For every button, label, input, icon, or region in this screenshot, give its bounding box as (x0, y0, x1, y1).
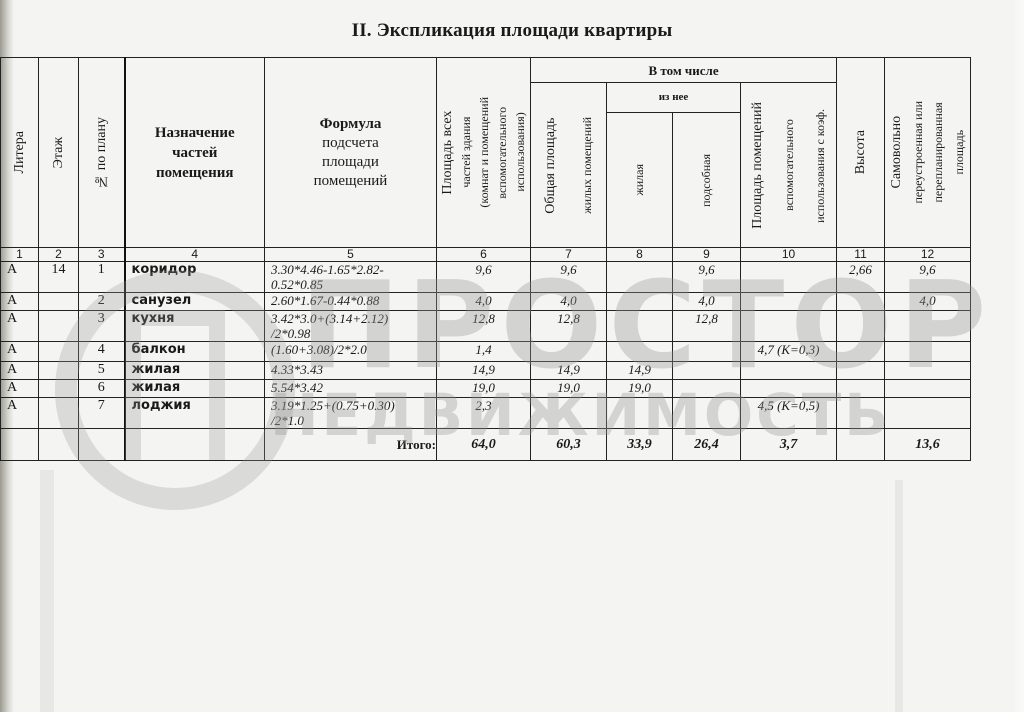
cell-c9 (673, 362, 741, 380)
cell-c10 (741, 262, 837, 293)
header-row: Литера Этаж № по плану Назначение частей… (1, 58, 971, 83)
cell-litera: А (1, 293, 39, 311)
cell-c8 (607, 311, 673, 342)
column-number: 5 (265, 248, 437, 262)
total-c8: 33,9 (607, 429, 673, 461)
cell-litera: А (1, 311, 39, 342)
cell-litera: А (1, 362, 39, 380)
column-number: 9 (673, 248, 741, 262)
total-c6: 64,0 (437, 429, 531, 461)
header-zhilaya: жилая (607, 113, 673, 248)
cell-c11 (837, 380, 885, 398)
column-number: 8 (607, 248, 673, 262)
cell-c10: 4,7 (К=0,3) (741, 342, 837, 362)
cell-litera: А (1, 398, 39, 429)
formula-line: 5.54*3.42 (271, 380, 436, 395)
cell-c8: 14,9 (607, 362, 673, 380)
cell-c12 (885, 362, 971, 380)
cell-c7 (531, 398, 607, 429)
cell-litera: А (1, 342, 39, 362)
cell-c11: 2,66 (837, 262, 885, 293)
cell-c7: 14,9 (531, 362, 607, 380)
formula-line: 3.19*1.25+(0.75+0.30) (271, 398, 436, 413)
cell-c9 (673, 398, 741, 429)
header-no-po-planu: № по плану (79, 58, 125, 248)
cell-c10: 4,5 (К=0,5) (741, 398, 837, 429)
header-v-tom-chisle: В том числе (531, 58, 837, 83)
formula-line: 0.52*0.85 (271, 277, 436, 292)
cell-etazh: 14 (39, 262, 79, 293)
formula-line: 3.42*3.0+(3.14+2.12) (271, 311, 436, 326)
cell-c9: 12,8 (673, 311, 741, 342)
cell-c10 (741, 293, 837, 311)
cell-c10 (741, 362, 837, 380)
total-c9: 26,4 (673, 429, 741, 461)
header-etazh: Этаж (39, 58, 79, 248)
total-c10: 3,7 (741, 429, 837, 461)
cell-c9: 9,6 (673, 262, 741, 293)
cell-c11 (837, 293, 885, 311)
column-number-row: 123456789101112 (1, 248, 971, 262)
cell-litera: А (1, 380, 39, 398)
cell-c6: 4,0 (437, 293, 531, 311)
cell-c7: 12,8 (531, 311, 607, 342)
document-title: II. Экспликация площади квартиры (0, 20, 1024, 42)
column-number: 11 (837, 248, 885, 262)
scan-streak (895, 480, 903, 712)
column-number: 2 (39, 248, 79, 262)
cell-formula: 3.42*3.0+(3.14+2.12)/2*0.98 (265, 311, 437, 342)
cell-c8 (607, 262, 673, 293)
formula-line: 3.30*4.46-1.65*2.82- (271, 262, 436, 277)
cell-c12 (885, 380, 971, 398)
header-vspomog: Площадь помещений вспомогательного испол… (741, 83, 837, 248)
formula-line: 2.60*1.67-0.44*0.88 (271, 293, 436, 308)
cell-c7: 19,0 (531, 380, 607, 398)
total-c7: 60,3 (531, 429, 607, 461)
cell-c6: 12,8 (437, 311, 531, 342)
cell-c6: 9,6 (437, 262, 531, 293)
cell-c8 (607, 342, 673, 362)
cell-c10 (741, 380, 837, 398)
header-vysota: Высота (837, 58, 885, 248)
cell-c12 (885, 342, 971, 362)
cell-c9: 4,0 (673, 293, 741, 311)
formula-line: /2*0.98 (271, 326, 436, 341)
header-naznachenie: Назначение частей помещения (125, 58, 265, 248)
formula-line: (1.60+3.08)/2*2.0 (271, 342, 436, 357)
cell-c8: 19,0 (607, 380, 673, 398)
watermark-logo-door (125, 310, 225, 460)
cell-c8 (607, 398, 673, 429)
column-number: 7 (531, 248, 607, 262)
column-number: 3 (79, 248, 125, 262)
scan-streak (40, 470, 54, 712)
scan-edge (1012, 0, 1024, 712)
cell-litera: А (1, 262, 39, 293)
cell-c11 (837, 362, 885, 380)
header-podsobnaya: подсобная (673, 113, 741, 248)
header-samovolno: Самовольно переустроенная или перепланир… (885, 58, 971, 248)
header-formula: Формула подсчета площади помещений (265, 58, 437, 248)
total-c11 (837, 429, 885, 461)
cell-c12: 9,6 (885, 262, 971, 293)
cell-c7: 4,0 (531, 293, 607, 311)
cell-c6: 2,3 (437, 398, 531, 429)
formula-line: 4.33*3.43 (271, 362, 436, 377)
total-c12: 13,6 (885, 429, 971, 461)
cell-c12: 4,0 (885, 293, 971, 311)
cell-c9 (673, 380, 741, 398)
cell-c12 (885, 311, 971, 342)
column-number: 1 (1, 248, 39, 262)
cell-etazh (39, 293, 79, 311)
column-number: 10 (741, 248, 837, 262)
cell-c6: 14,9 (437, 362, 531, 380)
total-label: Итого: (265, 429, 437, 461)
header-iz-nee: из нее (607, 83, 741, 113)
header-ploshad-vseh: Площадь всех частей здания (комнат и пом… (437, 58, 531, 248)
cell-c11 (837, 342, 885, 362)
column-number: 12 (885, 248, 971, 262)
cell-c11 (837, 311, 885, 342)
header-obshaya: Общая площадь жилых помещений (531, 83, 607, 248)
cell-formula: 2.60*1.67-0.44*0.88 (265, 293, 437, 311)
cell-c8 (607, 293, 673, 311)
cell-c7 (531, 342, 607, 362)
cell-c10 (741, 311, 837, 342)
column-number: 6 (437, 248, 531, 262)
cell-c9 (673, 342, 741, 362)
cell-c6: 19,0 (437, 380, 531, 398)
column-number: 4 (125, 248, 265, 262)
formula-line: /2*1.0 (271, 413, 436, 428)
cell-c6: 1,4 (437, 342, 531, 362)
header-litera: Литера (1, 58, 39, 248)
cell-formula: 3.30*4.46-1.65*2.82-0.52*0.85 (265, 262, 437, 293)
cell-c7: 9,6 (531, 262, 607, 293)
cell-c11 (837, 398, 885, 429)
cell-c12 (885, 398, 971, 429)
